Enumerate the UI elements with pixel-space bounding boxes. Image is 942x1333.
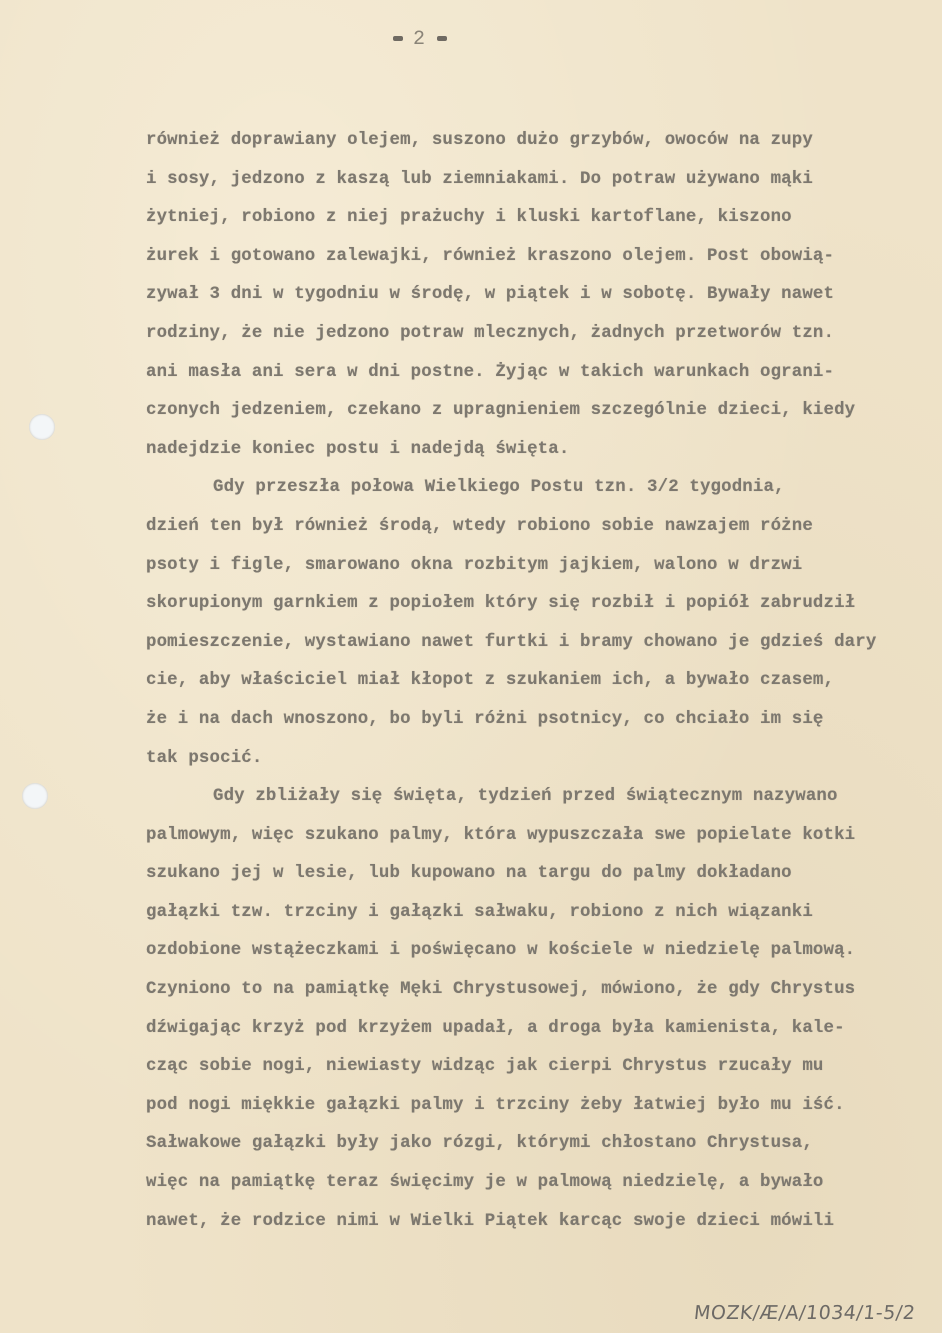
text-line: dźwigając krzyż pod krzyżem upadał, a dr… [146,1010,936,1049]
text-line: palmowym, więc szukano palmy, która wypu… [146,817,936,856]
text-line: i sosy, jedzono z kaszą lub ziemniakami.… [146,161,936,200]
dash-right [437,36,447,41]
text-line: czonych jedzeniem, czekano z upragnienie… [146,392,936,431]
text-line: Sałwakowe gałązki były jako rózgi, który… [146,1125,936,1164]
text-line: psoty i figle, smarowano okna rozbitym j… [146,547,936,586]
text-line: skorupionym garnkiem z popiołem który si… [146,585,936,624]
text-line: również doprawiany olejem, suszono dużo … [146,122,936,161]
text-line: pod nogi miękkie gałązki palmy i trzciny… [146,1087,936,1126]
text-line: rodziny, że nie jedzono potraw mlecznych… [146,315,936,354]
text-line: nawet, że rodzice nimi w Wielki Piątek k… [146,1203,936,1242]
text-line: żurek i gotowano zalewajki, również kras… [146,238,936,277]
text-line: żytniej, robiono z niej prażuchy i klusk… [146,199,936,238]
text-line: Czyniono to na pamiątkę Męki Chrystusowe… [146,971,936,1010]
text-line: gałązki tzw. trzciny i gałązki sałwaku, … [146,894,936,933]
text-line: zywał 3 dni w tygodniu w środę, w piątek… [146,276,936,315]
text-line: pomieszczenie, wystawiano nawet furtki i… [146,624,936,663]
document-page: 2 również doprawiany olejem, suszono duż… [0,0,942,1333]
page-number-value: 2 [413,28,427,51]
paragraph-start-line: Gdy zbliżały się święta, tydzień przed ś… [146,778,936,817]
text-line: tak psocić. [146,740,936,779]
text-line: cie, aby właściciel miał kłopot z szukan… [146,662,936,701]
text-line: dzień ten był również środą, wtedy robio… [146,508,936,547]
punch-hole [22,783,48,809]
text-line: ani masła ani sera w dni postne. Żyjąc w… [146,354,936,393]
text-line: cząc sobie nogi, niewiasty widząc jak ci… [146,1048,936,1087]
text-line: więc na pamiątkę teraz święcimy je w pal… [146,1164,936,1203]
paragraph-start-line: Gdy przeszła połowa Wielkiego Postu tzn.… [146,469,936,508]
punch-hole [29,414,55,440]
text-line: szukano jej w lesie, lub kupowano na tar… [146,855,936,894]
text-line: nadejdzie koniec postu i nadejdą święta. [146,431,936,470]
page-number: 2 [0,28,840,51]
dash-left [393,36,403,41]
typewritten-body: również doprawiany olejem, suszono dużo … [146,122,936,1241]
text-line: ozdobione wstążeczkami i poświęcano w ko… [146,932,936,971]
text-line: że i na dach wnoszono, bo byli różni pso… [146,701,936,740]
archive-signature: MOZK/Æ/A/1034/1-5/2 [693,1302,917,1324]
